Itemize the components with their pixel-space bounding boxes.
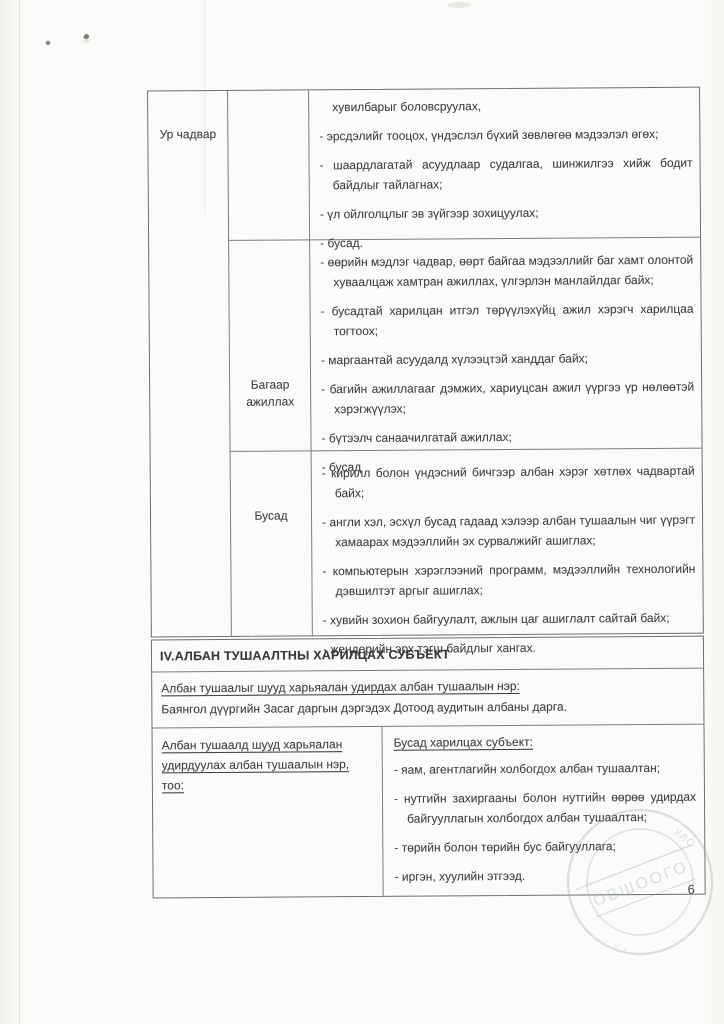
official-stamp-icon: УЛС ·:· ᠠ᠂ᠷ ОВШООГО bbox=[561, 802, 719, 962]
stamp-center-text: ОВШООГО bbox=[591, 858, 691, 910]
teamwork-items-cell: өөрийн мэдлэг чадвар, өөрт байгаа мэдээл… bbox=[310, 238, 701, 452]
subordinates-cell: Албан тушаалд шууд харьяалан удирдуулах … bbox=[153, 727, 384, 898]
scanned-document-page: Ур чадвар хувилбарыг боловсруулах, эрсдэ… bbox=[0, 0, 724, 1024]
other-label-cell: Бусад bbox=[231, 451, 313, 636]
skills-sub-cell-empty bbox=[228, 90, 310, 241]
other-subjects-label: Бусад харилцах субъект: bbox=[394, 735, 533, 750]
stamp-rim-text: УЛС bbox=[671, 827, 697, 851]
list-item: маргаантай асуудалд хүлээцтэй ханддаг ба… bbox=[321, 348, 694, 371]
list-item: үл ойлголцлыг эв зүйгээр зохицуулах; bbox=[320, 202, 693, 225]
list-item: өөрийн мэдлэг чадвар, өөрт байгаа мэдээл… bbox=[320, 250, 693, 293]
other-items-cell: кирилл болон үндэсний бичгээр албан хэрэ… bbox=[312, 449, 703, 636]
list-item: компьютерын хэрэглээний программ, мэдээл… bbox=[322, 559, 695, 602]
list-item: хувийн зохион байгуулалт, ажлын цаг ашиг… bbox=[323, 608, 696, 631]
list-item: англи хэл, эсхүл бусад гадаад хэлээр алб… bbox=[322, 510, 695, 553]
direct-manager-value: Баянгол дүүргийн Засаг даргын дэргэдэх Д… bbox=[161, 696, 694, 721]
skills-category-cell: Ур чадвар bbox=[148, 91, 232, 637]
skills-category-label: Ур чадвар bbox=[159, 127, 216, 141]
subordinates-label: Албан тушаалд шууд харьяалан удирдуулах … bbox=[162, 737, 350, 792]
teamwork-label: Багаар ажиллах bbox=[246, 378, 294, 409]
section-heading: IV.АЛБАН ТУШААЛТНЫ ХАРИЛЦАХ СУБЪЕКТ bbox=[152, 637, 703, 673]
list-item: бусадтай харилцан итгэл төрүүлэхүйц ажил… bbox=[321, 299, 694, 342]
direct-manager-row: Албан тушаалыг шууд харьяалан удирдах ал… bbox=[152, 669, 703, 729]
teamwork-label-cell: Багаар ажиллах bbox=[229, 240, 311, 452]
skills-items-cell: хувилбарыг боловсруулах, эрсдэлийг тооцо… bbox=[309, 88, 700, 241]
list-item: шаардлагатай асуудлаар судалгаа, шинжилг… bbox=[320, 153, 693, 196]
skills-table: Ур чадвар хувилбарыг боловсруулах, эрсдэ… bbox=[147, 87, 704, 638]
list-item: эрсдэлийг тооцох, үндэслэл бүхий зөвлөгө… bbox=[319, 124, 692, 147]
svg-text:ᠠ᠂ᠷ: ᠠ᠂ᠷ bbox=[612, 941, 629, 954]
list-item: багийн ажиллагааг дэмжих, хариуцсан ажил… bbox=[321, 377, 694, 420]
other-label: Бусад bbox=[254, 509, 287, 523]
list-item: бүтээлч санаачилгатай ажиллах; bbox=[321, 426, 694, 449]
list-item: хувилбарыг боловсруулах, bbox=[319, 95, 692, 118]
svg-text:·:·: ·:· bbox=[577, 850, 589, 862]
list-item: яам, агентлагийн холбогдох албан тушаалт… bbox=[394, 758, 696, 780]
list-item: кирилл болон үндэсний бичгээр албан хэрэ… bbox=[322, 461, 695, 504]
